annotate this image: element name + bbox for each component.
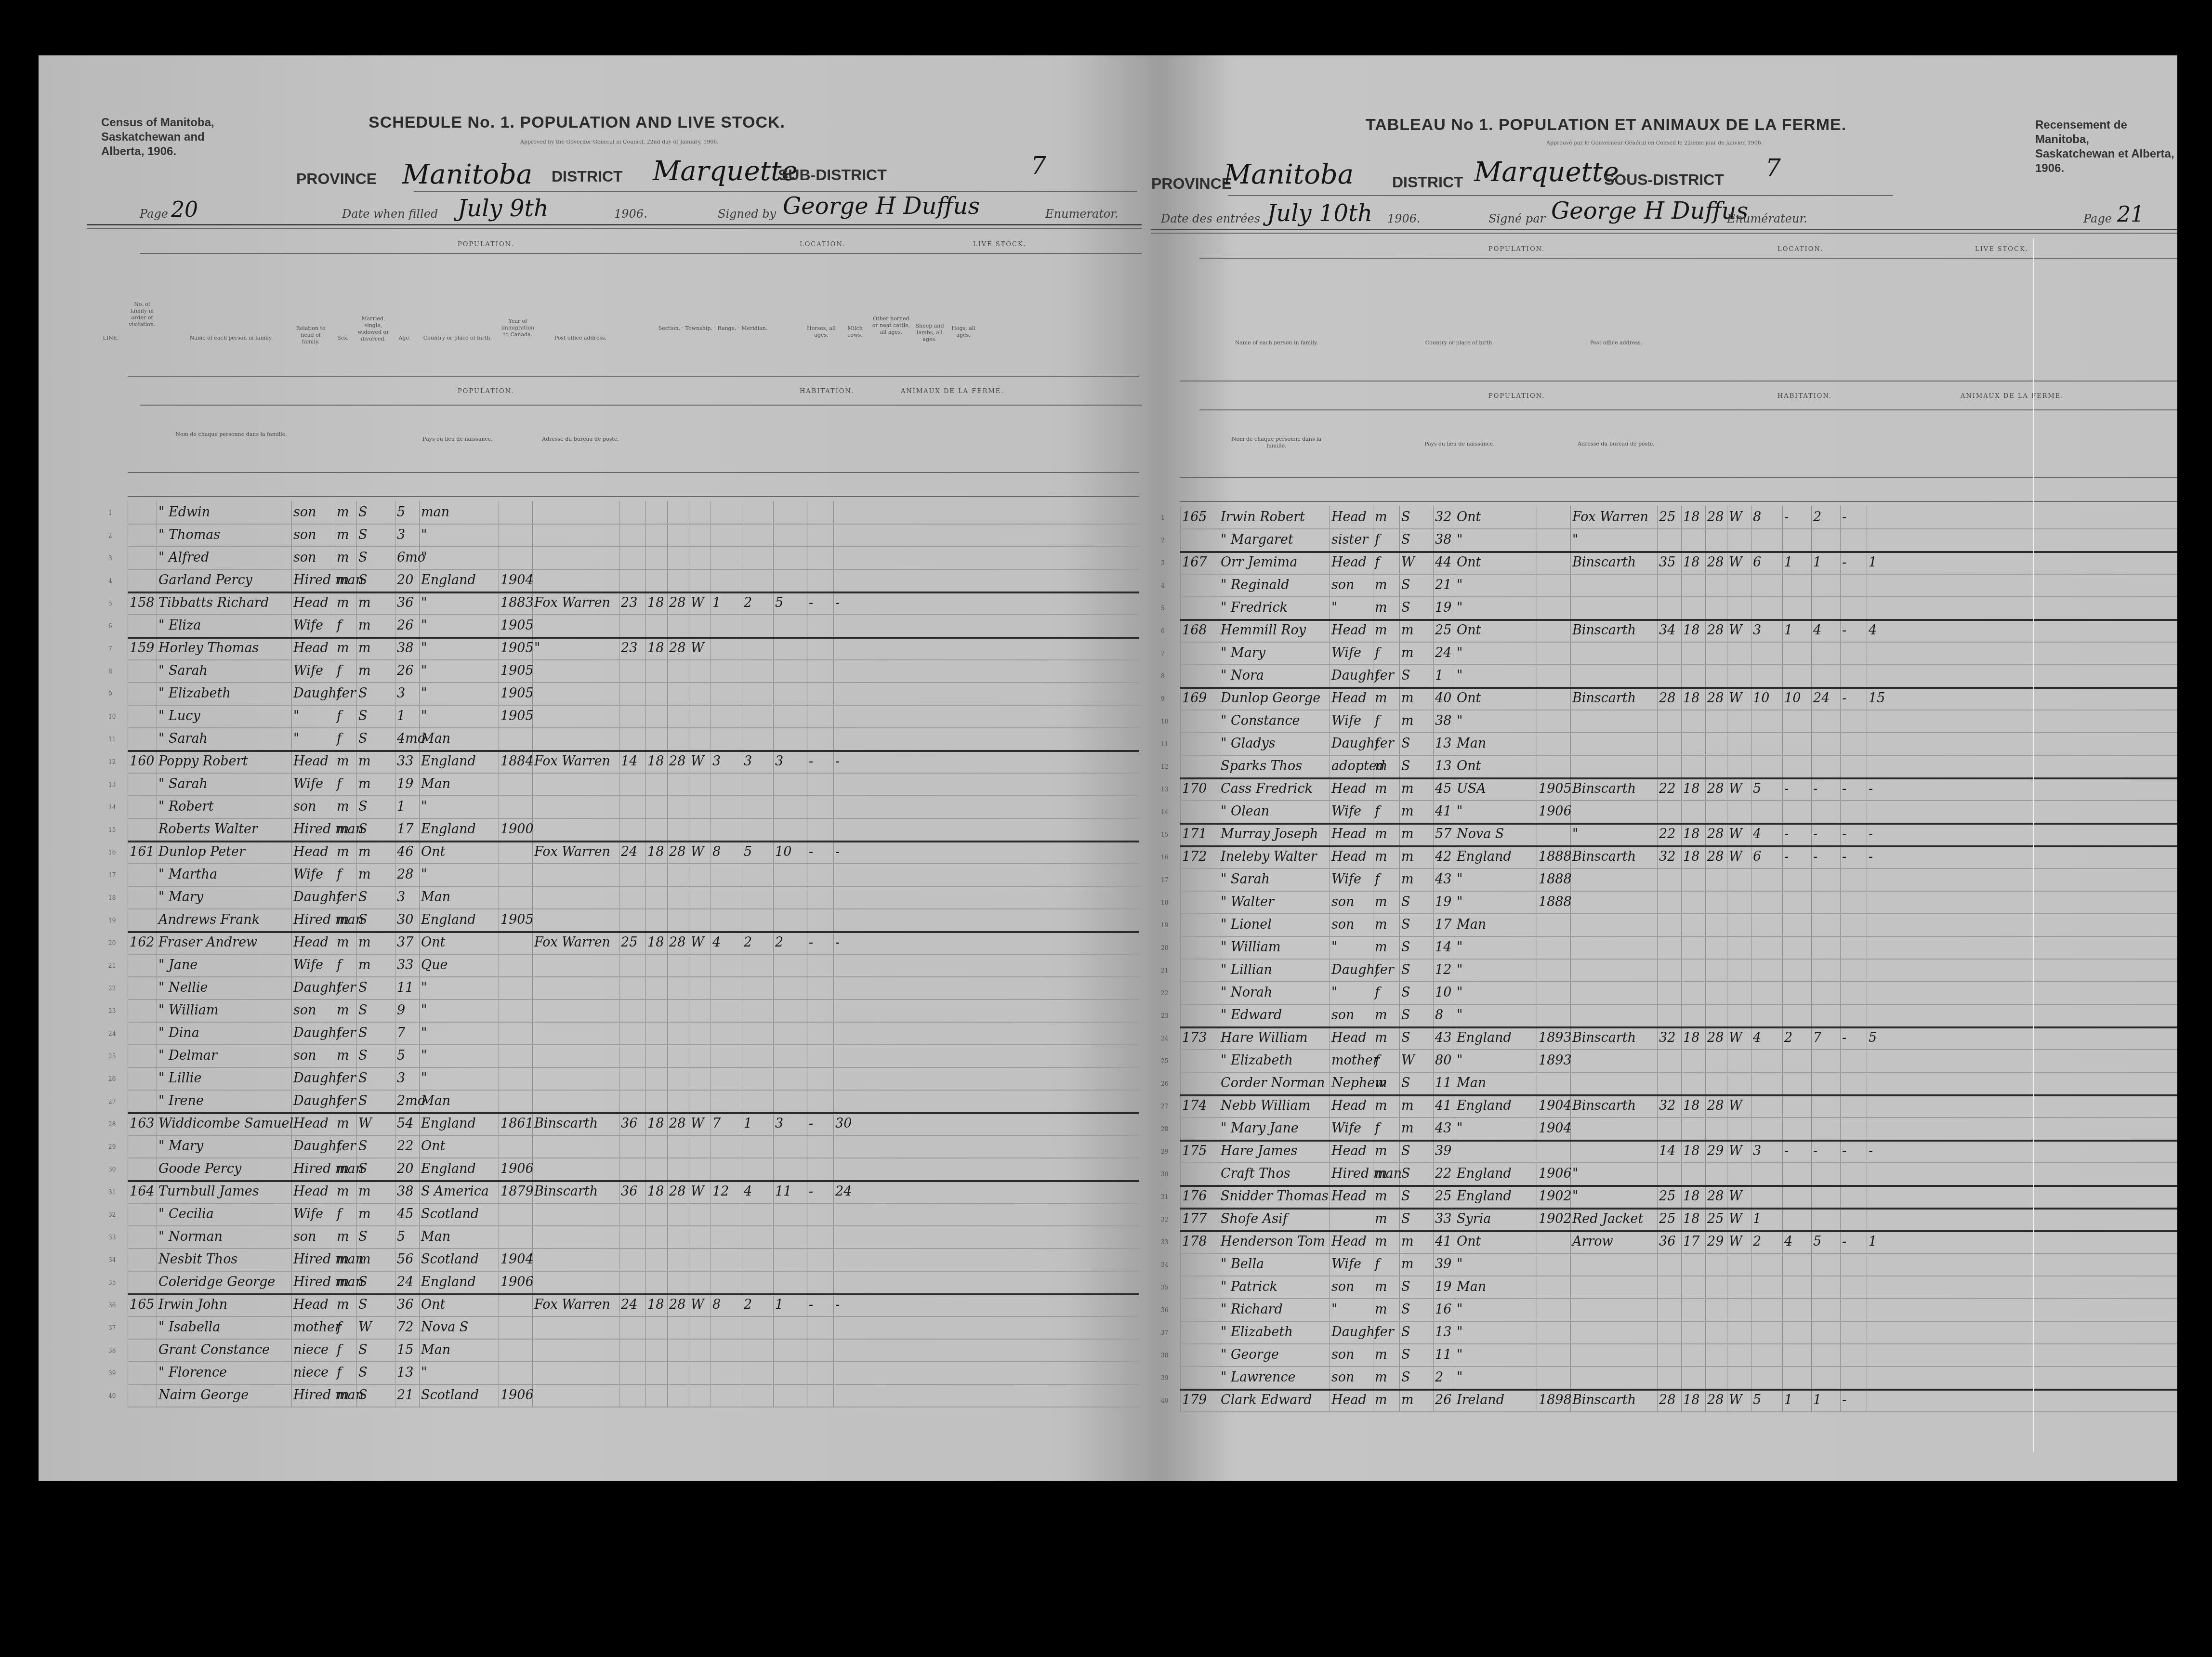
cell-age: 21	[397, 1388, 413, 1403]
header-rule	[87, 224, 1142, 225]
table-row: 33" NormansonmS5Man	[128, 1229, 1139, 1245]
row-divider	[128, 1157, 1139, 1158]
line-number: 17	[1161, 877, 1168, 883]
cell-sex: m	[1375, 1098, 1387, 1114]
cell-sec: 32	[1659, 849, 1675, 865]
cell-sex: m	[337, 527, 349, 543]
cell-post: Fox Warren	[534, 754, 610, 769]
cell-sex: m	[337, 1229, 349, 1245]
cell-twp: 18	[647, 1116, 664, 1131]
colnum-rule-right	[1180, 477, 2177, 478]
tableau-title: TABLEAU No 1. POPULATION ET ANIMAUX DE L…	[1366, 116, 1846, 134]
table-row: 11" Sarah"fS4moMan	[128, 731, 1139, 747]
family-divider	[1180, 1140, 2177, 1142]
cell-relation: son	[1331, 1279, 1355, 1295]
cell-cattle: 3	[775, 1116, 783, 1131]
cell-relation: niece	[293, 1342, 329, 1358]
cell-sec: 14	[1659, 1144, 1675, 1159]
col-post-office: Post office address.	[540, 335, 621, 342]
row-divider	[128, 795, 1139, 796]
cell-marital: S	[1401, 510, 1410, 525]
cell-relation: Daughter	[1331, 962, 1394, 978]
row-divider	[1180, 1298, 2177, 1299]
cell-name: " Norman	[158, 1229, 223, 1245]
divider-fr	[1228, 195, 1893, 196]
cell-age: 14	[1435, 940, 1451, 955]
cell-sheep: -	[1842, 510, 1846, 525]
line-number: 8	[1161, 673, 1165, 680]
cell-name: Henderson Tom	[1221, 1234, 1325, 1249]
table-row: 29" MaryDaughterfS22Ont	[128, 1139, 1139, 1154]
line-number: 1	[108, 510, 112, 516]
cell-age: 2	[1435, 1370, 1443, 1385]
line-number: 29	[1161, 1148, 1168, 1155]
cell-name: " Lillian	[1221, 962, 1272, 978]
cell-sex: m	[1375, 1166, 1387, 1182]
cell-relation: Head	[1331, 510, 1367, 525]
row-divider	[128, 1135, 1139, 1136]
cell-marital: m	[1401, 849, 1414, 865]
cell-age: 72	[397, 1320, 413, 1335]
cell-birth: "	[421, 1071, 427, 1086]
cell-birth: England	[1457, 849, 1512, 865]
cell-relation: Hired man	[293, 1161, 364, 1177]
family-divider	[128, 637, 1139, 639]
enumerator-label-fr: Énumérateur.	[1727, 212, 1807, 225]
cell-post: Binscarth	[534, 1184, 598, 1199]
cell-relation: Wife	[293, 867, 323, 882]
table-row: 27" IreneDaughterfS2moMan	[128, 1093, 1139, 1109]
cell-marital: S	[358, 799, 368, 815]
approved-note-fr: Approuvé par le Gouverneur Général en Co…	[1546, 140, 1763, 146]
cell-name: " Sarah	[158, 731, 208, 747]
cell-cows: 1	[1784, 555, 1792, 570]
line-number: 18	[1161, 899, 1168, 906]
cell-twp: 18	[1683, 1393, 1699, 1408]
line-number: 22	[108, 985, 116, 992]
row-divider	[1180, 800, 2177, 801]
cell-sex: m	[337, 1252, 349, 1267]
cell-name: " Mary	[158, 1139, 203, 1154]
cell-sheep: -	[1842, 1030, 1846, 1046]
line-number: 11	[108, 736, 116, 743]
cell-immig: 1861	[500, 1116, 534, 1131]
family-divider	[128, 931, 1139, 933]
cell-hogs: -	[1869, 849, 1873, 865]
cell-age: 3	[397, 890, 405, 905]
cell-age: 19	[1435, 1279, 1451, 1295]
row-divider	[1180, 1117, 2177, 1118]
table-row: 34Nesbit ThosHired manmm56Scotland1904	[128, 1252, 1139, 1267]
table-row: 38Grant ConstanceniecefS15Man	[128, 1342, 1139, 1358]
cell-age: 22	[397, 1139, 413, 1154]
cell-hogs: -	[835, 754, 840, 769]
line-number: 13	[108, 781, 116, 788]
table-row: 17" MarthaWifefm28"	[128, 867, 1139, 882]
cell-sex: m	[1375, 781, 1387, 797]
cell-sec: 22	[1659, 781, 1675, 797]
cell-marital: m	[1401, 1393, 1414, 1408]
cell-sex: m	[337, 573, 349, 588]
table-row: 36" Richard"mS16"	[1180, 1302, 2177, 1317]
row-divider	[1180, 1411, 2177, 1412]
cell-horses: 3	[1753, 623, 1761, 638]
line-number: 13	[1161, 786, 1168, 793]
cell-marital: m	[358, 754, 371, 769]
cell-post: Binscarth	[1572, 781, 1636, 797]
cell-mer: W	[1729, 1098, 1742, 1114]
cell-family: 178	[1182, 1234, 1207, 1249]
cell-birth: Scotland	[421, 1388, 479, 1403]
family-divider	[1180, 1185, 2177, 1187]
table-row: 8" SarahWifefm26"1905	[128, 663, 1139, 679]
band-rule	[140, 253, 1142, 254]
line-number: 17	[108, 872, 116, 879]
cell-sex: m	[1375, 600, 1387, 616]
cell-twp: 18	[1683, 623, 1699, 638]
cell-marital: S	[358, 1161, 368, 1177]
cell-sheep: -	[1842, 623, 1846, 638]
cell-name: Andrews Frank	[158, 912, 260, 928]
family-divider	[128, 1293, 1139, 1295]
cell-sex: f	[1375, 962, 1380, 978]
cell-marital: m	[358, 935, 371, 950]
divider	[414, 191, 1137, 192]
cell-mer: W	[691, 1184, 704, 1199]
year-label: 1906.	[614, 207, 647, 221]
cell-immig: 1888	[1539, 894, 1572, 910]
row-divider	[1180, 891, 2177, 892]
cell-birth: Scotland	[421, 1207, 479, 1222]
cell-birth: Man	[1457, 1279, 1486, 1295]
cell-birth: Nova S	[1457, 827, 1504, 842]
cell-name: " Isabella	[158, 1320, 220, 1335]
cell-immig: 1905	[500, 618, 534, 633]
family-divider	[128, 841, 1139, 842]
cell-mer: W	[1729, 623, 1742, 638]
cell-horses: 10	[1753, 691, 1769, 706]
cell-name: Dunlop George	[1221, 691, 1320, 706]
cell-relation: Head	[1331, 691, 1367, 706]
cell-age: 13	[397, 1365, 413, 1381]
cell-age: 38	[1435, 713, 1451, 729]
cell-twp: 18	[647, 844, 664, 860]
cell-sex: m	[1375, 1347, 1387, 1363]
cell-relation: son	[293, 1003, 316, 1018]
cell-age: 5	[397, 505, 405, 520]
cell-birth: "	[1457, 668, 1462, 684]
cell-age: 1	[397, 709, 405, 724]
table-row: 2" ThomassonmS3"	[128, 527, 1139, 543]
cell-name: " Mary Jane	[1221, 1121, 1299, 1136]
family-divider	[1180, 1094, 2177, 1096]
cell-age: 26	[397, 663, 413, 679]
cell-name: Widdicombe Samuel	[158, 1116, 293, 1131]
cell-birth: "	[421, 709, 427, 724]
cell-age: 9	[397, 1003, 405, 1018]
cell-sec: 35	[1659, 555, 1675, 570]
cell-twp: 18	[1683, 781, 1699, 797]
cell-age: 45	[1435, 781, 1451, 797]
cell-horses: 3	[712, 754, 721, 769]
cell-post: Binscarth	[1572, 849, 1636, 865]
cell-family: 165	[130, 1297, 155, 1313]
cell-sex: m	[1375, 1076, 1387, 1091]
cell-name: " Alfred	[158, 550, 209, 565]
table-row: 26" LillieDaughterfS3"	[128, 1071, 1139, 1086]
table-row: 34" BellaWifefm39"	[1180, 1257, 2177, 1272]
cell-sec: 14	[621, 754, 637, 769]
col-name-fr: Nom de chaque personne dans la famille.	[173, 431, 289, 438]
cell-rge: 28	[669, 595, 685, 611]
cell-sex: m	[337, 935, 349, 950]
cell-marital: m	[1401, 1121, 1414, 1136]
cell-cows: 1	[1784, 1393, 1792, 1408]
cell-immig: 1902	[1539, 1211, 1572, 1227]
cell-age: 43	[1435, 1121, 1451, 1136]
cell-rge: 28	[1707, 510, 1724, 525]
row-divider	[1180, 596, 2177, 597]
cell-sex: f	[337, 1365, 342, 1381]
cell-sex: m	[1375, 1008, 1387, 1023]
cell-relation: Head	[1331, 1393, 1367, 1408]
family-divider	[128, 592, 1139, 593]
cell-sheep: -	[1842, 1234, 1846, 1249]
cell-relation: son	[1331, 1347, 1355, 1363]
cell-marital: S	[358, 890, 368, 905]
cell-name: " Sarah	[158, 776, 208, 792]
cell-name: Coleridge George	[158, 1275, 275, 1290]
recensement-line-2: Saskatchewan et Alberta,	[2035, 147, 2177, 161]
cell-birth: Man	[1457, 917, 1486, 933]
cell-hogs: 1	[1869, 555, 1877, 570]
cell-rge: 28	[1707, 781, 1724, 797]
cell-age: 5	[397, 1048, 405, 1064]
family-divider	[128, 1180, 1139, 1182]
cell-relation: son	[293, 1229, 316, 1245]
cell-twp: 18	[1683, 555, 1699, 570]
cell-relation: mother	[1331, 1053, 1379, 1068]
cell-horses: 6	[1753, 555, 1761, 570]
cell-age: 8	[1435, 1008, 1443, 1023]
cell-birth: England	[1457, 1098, 1512, 1114]
right-census-table: 1165Irwin RobertHeadmS32OntFox Warren251…	[1180, 506, 2177, 1421]
cell-sheep: -	[1842, 1144, 1846, 1159]
table-row: 18" MaryDaughterfS3Man	[128, 890, 1139, 905]
cell-name: " Norah	[1221, 985, 1272, 1000]
cell-sex: m	[337, 595, 349, 611]
cell-name: Hemmill Roy	[1221, 623, 1306, 638]
cell-birth: "	[1457, 713, 1462, 729]
cell-relation: Head	[1331, 555, 1367, 570]
cell-name: " Lawrence	[1221, 1370, 1296, 1385]
cell-cows: -	[1784, 1144, 1789, 1159]
cell-birth: England	[421, 1161, 476, 1177]
cell-marital: S	[1401, 1211, 1410, 1227]
cell-birth: "	[1457, 985, 1462, 1000]
cell-marital: S	[358, 1229, 368, 1245]
line-number: 26	[108, 1076, 116, 1082]
cell-name: Nebb William	[1221, 1098, 1310, 1114]
cell-horses: 8	[1753, 510, 1761, 525]
cell-birth: "	[1457, 894, 1462, 910]
cell-age: 11	[1435, 1076, 1451, 1091]
cell-relation: Head	[293, 595, 329, 611]
table-row: 16161Dunlop PeterHeadmm46OntFox Warren24…	[128, 844, 1139, 860]
row-divider	[128, 1407, 1139, 1407]
row-divider	[1180, 913, 2177, 914]
cell-sex: m	[1375, 623, 1387, 638]
table-row: 30Goode PercyHired manmS20England1906	[128, 1161, 1139, 1177]
cell-name: Grant Constance	[158, 1342, 270, 1358]
signed-label-fr: Signé par	[1488, 212, 1545, 225]
census-of-label: Census of Manitoba, Saskatchewan and Alb…	[101, 116, 214, 159]
cell-cattle: -	[1813, 827, 1817, 842]
line-number: 35	[1161, 1284, 1168, 1291]
cell-sheep: -	[809, 1184, 813, 1199]
cell-relation: Daughter	[293, 980, 356, 996]
row-divider	[1180, 1321, 2177, 1322]
table-row: 19Andrews FrankHired manmS30England1905	[128, 912, 1139, 928]
cell-birth: Man	[421, 776, 450, 792]
cell-sex: f	[337, 1139, 342, 1154]
table-row: 6" ElizaWifefm26"1905	[128, 618, 1139, 633]
cell-age: 20	[397, 573, 413, 588]
line-number: 15	[108, 827, 116, 833]
cell-horses: 8	[712, 1297, 721, 1313]
cell-post: "	[1572, 1166, 1578, 1182]
cell-twp: 18	[647, 595, 664, 611]
cell-twp: 18	[1683, 849, 1699, 865]
cell-marital: S	[358, 709, 368, 724]
col-sex: Sex.	[333, 335, 353, 342]
row-divider	[1180, 642, 2177, 643]
band-rule-right	[1199, 258, 2177, 259]
line-number: 14	[1161, 809, 1168, 815]
line-number: 5	[1161, 605, 1165, 612]
row-divider	[128, 569, 1139, 570]
col-post-office-fr-right: Adresse du bureau de poste.	[1575, 441, 1657, 447]
col-cattle: Other horned or neat cattle, all ages.	[872, 316, 910, 336]
cell-birth: Man	[421, 1342, 450, 1358]
cell-sheep: -	[809, 935, 813, 950]
table-row: 40Nairn GeorgeHired manmS21Scotland1906	[128, 1388, 1139, 1403]
cell-sex: f	[337, 1320, 342, 1335]
cell-marital: S	[358, 1297, 368, 1313]
cell-family: 169	[1182, 691, 1207, 706]
cell-age: 28	[397, 867, 413, 882]
table-row: 35" PatricksonmS19Man	[1180, 1279, 2177, 1295]
cell-relation: sister	[1331, 532, 1368, 548]
cell-sex: f	[337, 958, 342, 973]
row-divider	[1180, 981, 2177, 982]
cell-age: 12	[1435, 962, 1451, 978]
line-number: 28	[108, 1121, 116, 1128]
family-divider	[1180, 1389, 2177, 1391]
cell-rge: 28	[669, 935, 685, 950]
table-row: 21" LillianDaughterfS12"	[1180, 962, 2177, 978]
cell-relation: Head	[1331, 781, 1367, 797]
cell-cattle: 11	[775, 1184, 791, 1199]
cell-name: Nairn George	[158, 1388, 249, 1403]
line-number: 24	[1161, 1035, 1168, 1042]
table-row: 4Garland PercyHired manmS20England1904	[128, 573, 1139, 588]
line-number: 30	[108, 1166, 116, 1173]
cell-sex: m	[1375, 1370, 1387, 1385]
cell-marital: S	[1401, 894, 1410, 910]
cell-mer: W	[1729, 555, 1742, 570]
cell-hogs: 5	[1869, 1030, 1877, 1046]
cell-name: Roberts Walter	[158, 822, 258, 837]
cell-birth: "	[1457, 1008, 1462, 1023]
table-row: 24" DinaDaughterfS7"	[128, 1026, 1139, 1041]
cell-cows: 4	[744, 1184, 752, 1199]
row-divider	[128, 954, 1139, 955]
cell-immig: 1906	[500, 1275, 534, 1290]
cell-rge: 28	[669, 1184, 685, 1199]
cell-sec: 32	[1659, 1030, 1675, 1046]
cell-age: 26	[1435, 1393, 1451, 1408]
cell-sex: f	[1375, 668, 1380, 684]
row-divider	[128, 863, 1139, 864]
cell-marital: S	[358, 912, 368, 928]
cell-name: " Edwin	[158, 505, 210, 520]
cell-name: Irwin John	[158, 1297, 227, 1313]
cell-cattle: 7	[1813, 1030, 1821, 1046]
cell-marital: m	[1401, 645, 1414, 661]
cell-birth: USA	[1457, 781, 1486, 797]
cell-cattle: 5	[775, 595, 783, 611]
line-number: 14	[108, 804, 116, 811]
cell-name: Snidder Thomas	[1221, 1189, 1329, 1204]
cell-marital: S	[358, 1026, 368, 1041]
cell-family: 176	[1182, 1189, 1207, 1204]
cell-birth: Man	[421, 731, 450, 747]
row-divider	[128, 1339, 1139, 1340]
cell-horses: 4	[1753, 827, 1761, 842]
cell-sex: m	[337, 912, 349, 928]
cell-marital: S	[358, 505, 368, 520]
cell-twp: 18	[1683, 691, 1699, 706]
cell-relation: Wife	[1331, 1121, 1361, 1136]
district-value-fr: Marquette	[1474, 157, 1619, 188]
cell-sheep: -	[809, 844, 813, 860]
cell-relation: Wife	[293, 663, 323, 679]
cell-sec: 23	[621, 595, 637, 611]
cell-age: 3	[397, 686, 405, 701]
cell-relation: Hired man	[293, 1388, 364, 1403]
row-divider	[128, 1361, 1139, 1362]
family-divider	[1180, 687, 2177, 689]
table-row: 20" William"mS14"	[1180, 940, 2177, 955]
cell-horses: 4	[712, 935, 721, 950]
cell-cows: -	[1784, 510, 1789, 525]
cell-sex: m	[337, 1048, 349, 1064]
cell-sex: f	[1375, 1121, 1380, 1136]
cell-relation: Head	[293, 1184, 329, 1199]
cell-marital: m	[1401, 623, 1414, 638]
table-row: 32177Shofe AsifmS33Syria1902Red Jacket25…	[1180, 1211, 2177, 1227]
cell-marital: W	[1401, 555, 1415, 570]
cell-birth: "	[1457, 962, 1462, 978]
cell-marital: m	[1401, 1098, 1414, 1114]
cell-name: " Elizabeth	[1221, 1325, 1293, 1340]
scan-border	[0, 1481, 2212, 1657]
cell-family: 163	[130, 1116, 155, 1131]
line-number: 34	[1161, 1262, 1168, 1268]
cell-birth: England	[421, 912, 476, 928]
cell-relation: Daughter	[1331, 1325, 1394, 1340]
